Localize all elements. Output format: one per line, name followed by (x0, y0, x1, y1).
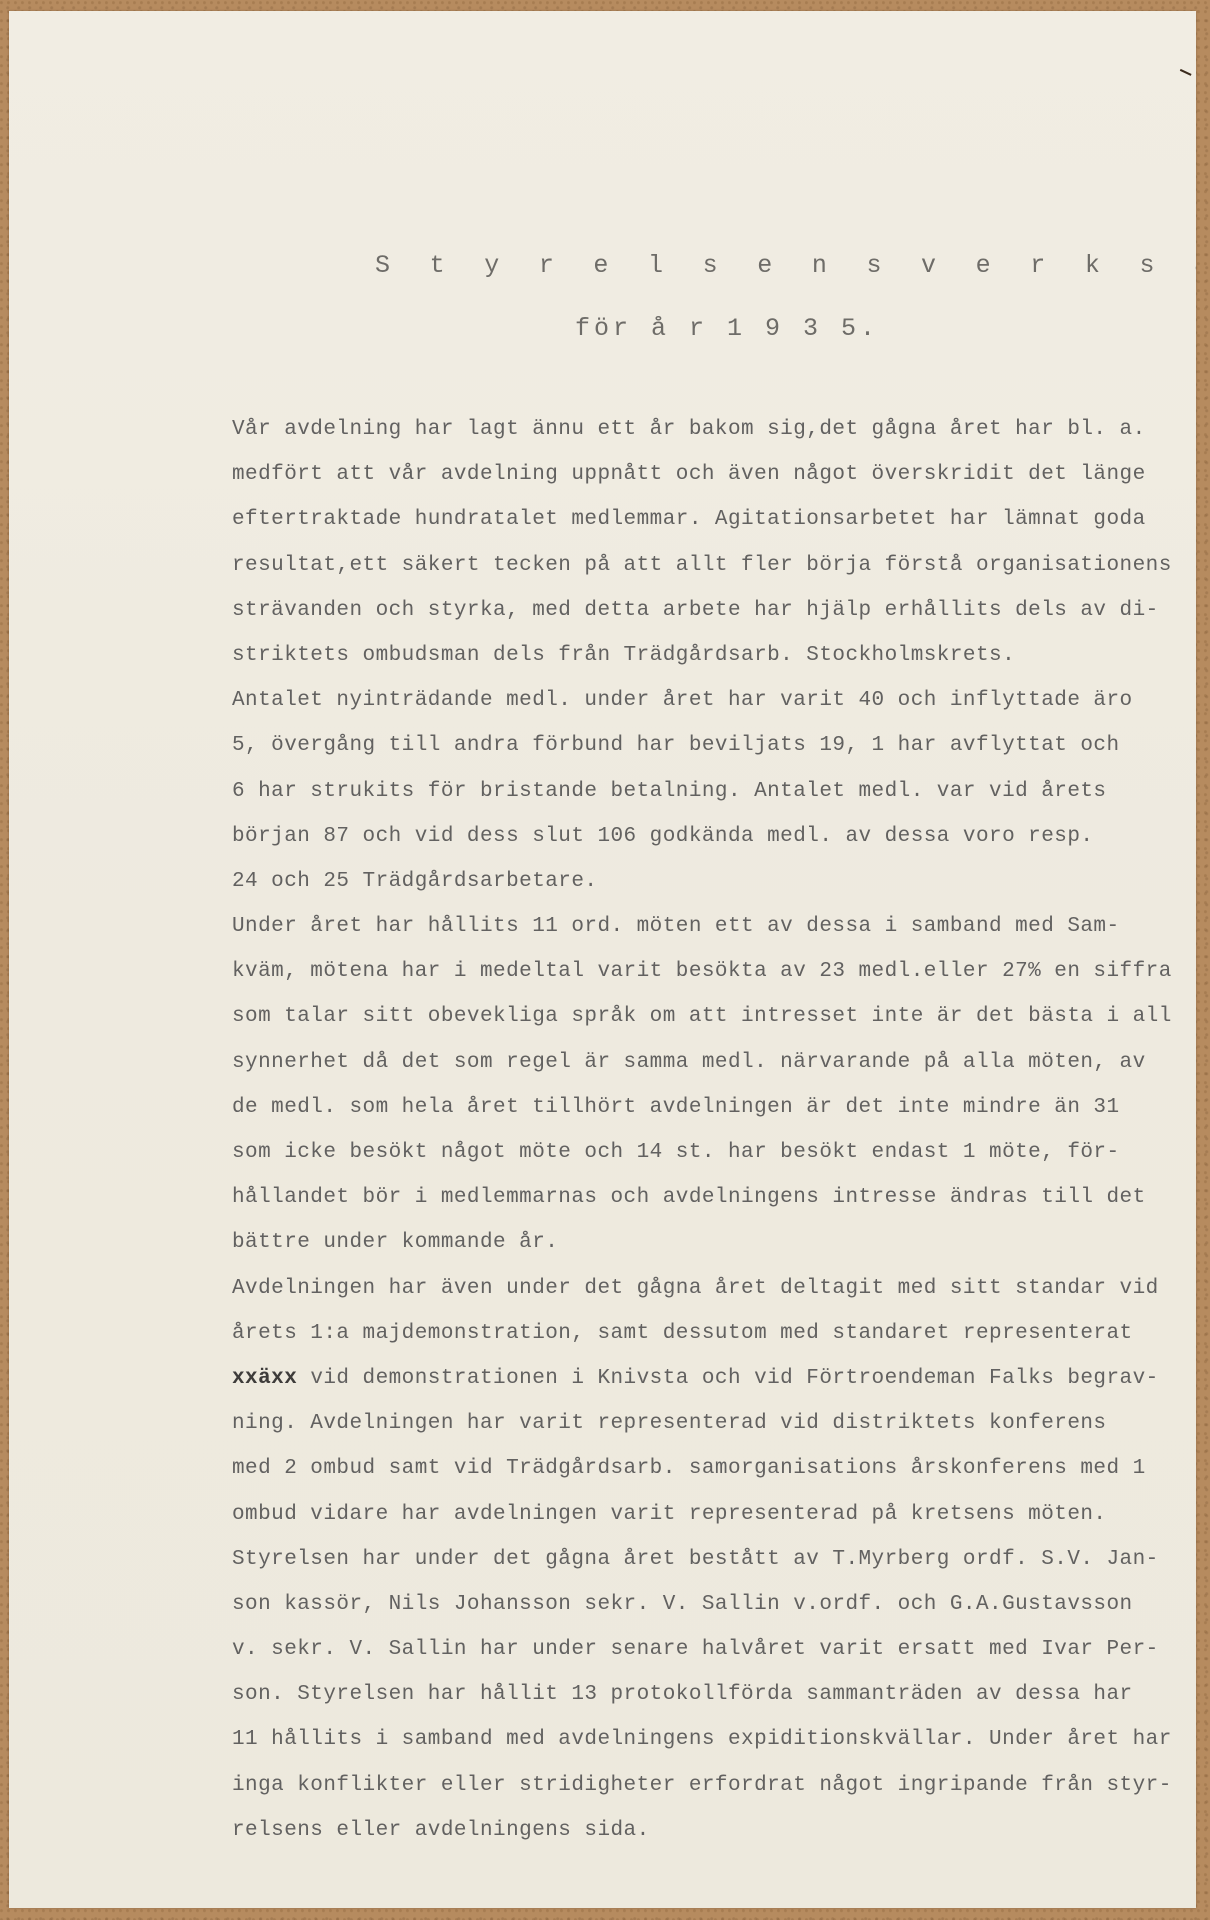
text-line: Vår avdelning har lagt ännu ett år bakom… (232, 407, 1196, 452)
staple-mark (1176, 69, 1191, 83)
text-line: 11 hållits i samband med avdelningens ex… (232, 1717, 1196, 1762)
text-line: 6 har strukits för bristande betalning. … (232, 769, 1196, 814)
text-line: hållandet bör i medlemmarnas och avdelni… (232, 1175, 1196, 1220)
text-line: som icke besökt något möte och 14 st. ha… (232, 1130, 1196, 1175)
text-line: bättre under kommande år. (232, 1220, 1196, 1265)
text-line: som talar sitt obevekliga språk om att i… (232, 994, 1196, 1039)
text-line: resultat,ett säkert tecken på att allt f… (232, 543, 1196, 588)
text-line: de medl. som hela året tillhört avdelnin… (232, 1085, 1196, 1130)
text-line: början 87 och vid dess slut 106 godkända… (232, 814, 1196, 859)
text-line: ning. Avdelningen har varit representera… (232, 1401, 1196, 1446)
text-line: xxäxx vid demonstrationen i Knivsta och … (232, 1356, 1196, 1401)
document-subtitle: för å r 1 9 3 5. (575, 314, 879, 343)
text-line: 24 och 25 Trädgårdsarbetare. (232, 859, 1196, 904)
text-line: ombud vidare har avdelningen varit repre… (232, 1492, 1196, 1537)
text-line: Antalet nyinträdande medl. under året ha… (232, 678, 1196, 723)
text-line: 5, övergång till andra förbund har bevil… (232, 723, 1196, 768)
text-line: striktets ombudsman dels från Trädgårdsa… (232, 633, 1196, 678)
text-line: relsens eller avdelningens sida. (232, 1808, 1196, 1853)
struck-out-text: xxäxx (232, 1367, 310, 1390)
text-line: v. sekr. V. Sallin har under senare halv… (232, 1627, 1196, 1672)
document-title: S t y r e l s e n s v e r k s a m h e t … (375, 251, 1196, 280)
text-line: Styrelsen har under det gågna året bestå… (232, 1537, 1196, 1582)
text-line: synnerhet då det som regel är samma medl… (232, 1040, 1196, 1085)
text-line: med 2 ombud samt vid Trädgårdsarb. samor… (232, 1446, 1196, 1491)
text-line: medfört att vår avdelning uppnått och äv… (232, 452, 1196, 497)
text-line: Under året har hållits 11 ord. möten ett… (232, 904, 1196, 949)
text-line: Avdelningen har även under det gågna åre… (232, 1266, 1196, 1311)
text-line: inga konflikter eller stridigheter erfor… (232, 1763, 1196, 1808)
report-body: Vår avdelning har lagt ännu ett år bakom… (232, 407, 1196, 1853)
text-line: son kassör, Nils Johansson sekr. V. Sall… (232, 1582, 1196, 1627)
typewritten-page: S t y r e l s e n s v e r k s a m h e t … (9, 11, 1196, 1908)
text-line: strävanden och styrka, med detta arbete … (232, 588, 1196, 633)
text-line: son. Styrelsen har hållit 13 protokollfö… (232, 1672, 1196, 1717)
text-line: eftertraktade hundratalet medlemmar. Agi… (232, 497, 1196, 542)
text-line: årets 1:a majdemonstration, samt dessuto… (232, 1311, 1196, 1356)
text-line: kväm, mötena har i medeltal varit besökt… (232, 949, 1196, 994)
